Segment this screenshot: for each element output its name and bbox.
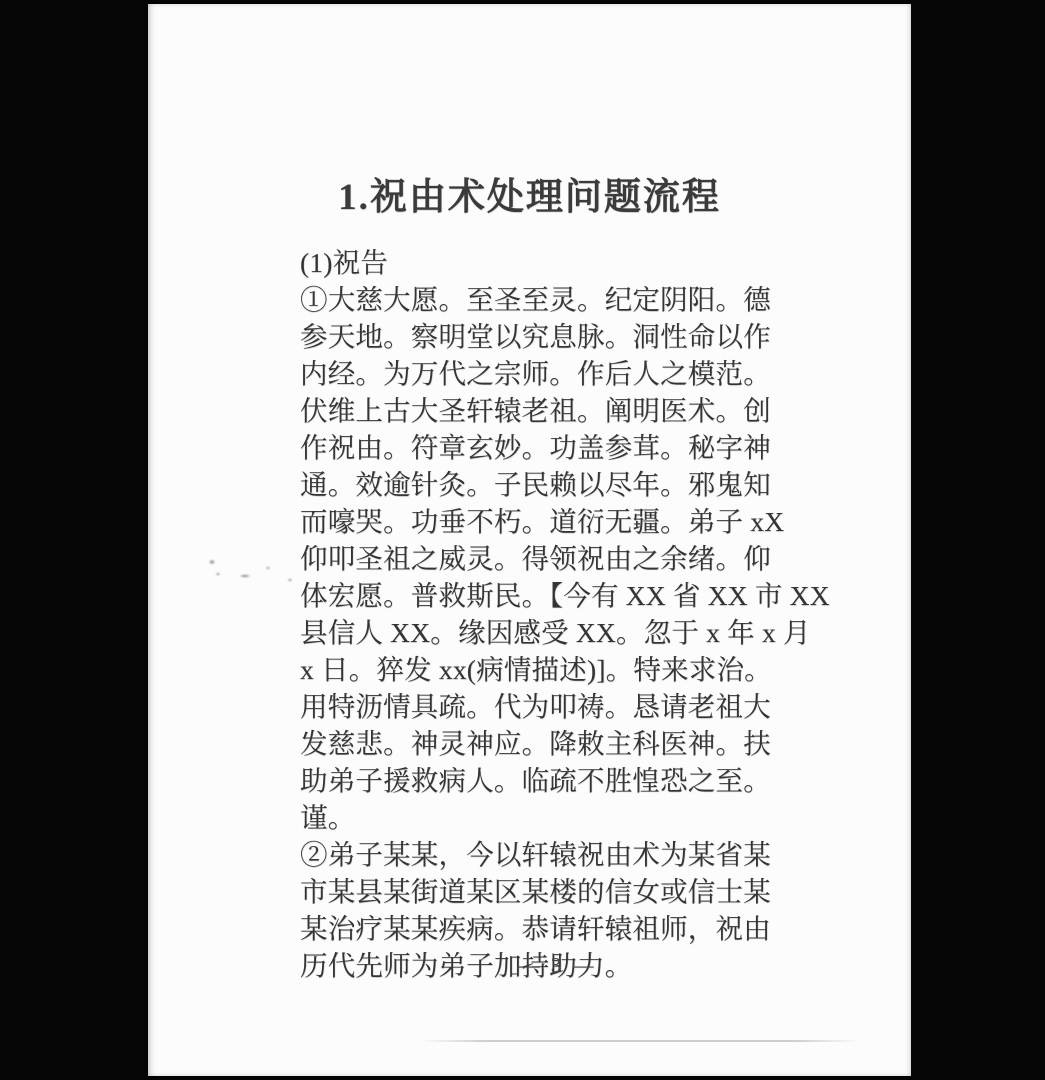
scanned-page: 1.祝由术处理问题流程 (1)祝告 ①大慈大愿。至圣至灵。纪定阴阳。德 参天地。… xyxy=(148,4,911,1076)
text-line: 体宏愿。普救斯民。【今有 XX 省 XX 市 XX xyxy=(300,577,860,614)
text-line: 某治疗某某疾病。恭请轩辕祖师，祝由 xyxy=(300,910,860,947)
page-number: — 3 — xyxy=(176,953,939,978)
page-title: 1.祝由术处理问题流程 xyxy=(148,166,911,220)
text-line: 内经。为万代之宗师。作后人之模范。 xyxy=(300,355,860,392)
text-line: 通。效逾针灸。子民赖以尽年。邪鬼知 xyxy=(300,466,860,503)
text-line: 参天地。察明堂以究息脉。洞性命以作 xyxy=(300,318,860,355)
scan-border-right xyxy=(911,0,1045,1080)
text-line: 伏维上古大圣轩辕老祖。阐明医术。创 xyxy=(300,392,860,429)
text-line: 用特沥情具疏。代为叩祷。恳请老祖大 xyxy=(300,688,860,725)
text-line: 助弟子援救病人。临疏不胜惶恐之至。 xyxy=(300,762,860,799)
text-line: 发慈悲。神灵神应。降敕主科医神。扶 xyxy=(300,725,860,762)
text-line: 市某县某街道某区某楼的信女或信士某 xyxy=(300,873,860,910)
text-line: ②弟子某某，今以轩辕祝由术为某省某 xyxy=(300,836,860,873)
section-heading: (1)祝告 xyxy=(300,244,860,281)
ink-smudge-artifact xyxy=(200,550,300,586)
text-line: 县信人 XX。缘因感受 XX。忽于 x 年 x 月 xyxy=(300,614,860,651)
scan-border-bottom xyxy=(0,1076,1045,1080)
scan-border-left xyxy=(0,0,148,1080)
scan-border-top xyxy=(0,0,1045,4)
text-line: 仰叩圣祖之威灵。得领祝由之余绪。仰 xyxy=(300,540,860,577)
text-line: 而嚎哭。功垂不朽。道衍无疆。弟子 xX xyxy=(300,503,860,540)
text-line: 谨。 xyxy=(300,799,860,836)
text-line: x 日。猝发 xx(病情描述)]。特来求治。 xyxy=(300,651,860,688)
text-line: 作祝由。符章玄妙。功盖参茸。秘字神 xyxy=(300,429,860,466)
scan-line-artifact xyxy=(420,1040,860,1042)
body-text: (1)祝告 ①大慈大愿。至圣至灵。纪定阴阳。德 参天地。察明堂以究息脉。洞性命以… xyxy=(300,244,860,984)
text-line: ①大慈大愿。至圣至灵。纪定阴阳。德 xyxy=(300,281,860,318)
